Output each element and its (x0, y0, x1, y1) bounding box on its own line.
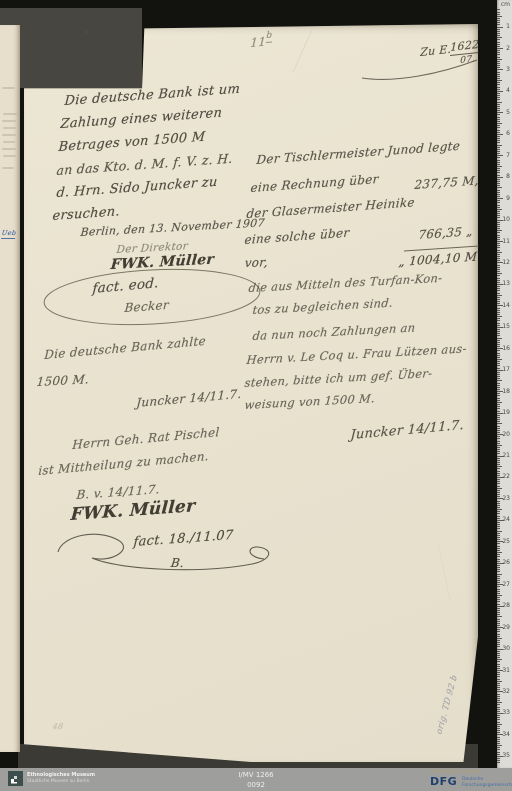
ruler-tick (497, 50, 500, 51)
ruler-tick (497, 80, 502, 81)
ruler-tick (497, 481, 500, 482)
ruler-tick (497, 687, 500, 688)
ruler-tick (497, 473, 500, 474)
ruler-tick (497, 175, 500, 176)
bleed-text-bar (2, 134, 16, 136)
handwritten-line: vor, (244, 255, 269, 270)
ruler-tick (497, 265, 500, 266)
ruler-number: 17 (502, 366, 510, 373)
ruler-tick (497, 325, 500, 326)
dfg-logo: DFG (430, 775, 457, 788)
ruler-tick (497, 157, 500, 158)
ruler-number: 14 (502, 302, 510, 309)
ruler-tick (497, 672, 500, 673)
handwritten-line: 07. (460, 54, 475, 66)
ruler-tick (497, 365, 500, 366)
ruler-tick (497, 724, 502, 725)
ruler-number: 30 (502, 645, 510, 652)
handwritten-line: 11 (250, 34, 267, 50)
ruler-tick (497, 44, 500, 45)
ruler-tick (497, 707, 500, 708)
ruler-tick (497, 419, 500, 420)
ruler-tick (497, 438, 500, 439)
ruler-tick (497, 198, 503, 199)
ruler-tick (497, 35, 500, 36)
ruler-tick (497, 595, 502, 596)
ruler-tick (497, 683, 500, 684)
ruler-tick (497, 619, 500, 620)
document-scan: Die deutsche Bank ist umZahlung eines we… (0, 0, 512, 791)
ruler-tick (497, 181, 500, 182)
ruler-tick (497, 741, 500, 742)
ruler-tick (497, 147, 500, 148)
bleed-text-bar (3, 113, 17, 115)
ruler-tick (497, 636, 500, 637)
ruler-tick (497, 31, 500, 32)
ruler-tick (497, 715, 500, 716)
ruler-tick (497, 576, 500, 577)
ruler-number: 25 (502, 538, 510, 545)
ruler-tick (497, 426, 500, 427)
ruler-tick (497, 743, 500, 744)
ruler-tick (497, 308, 500, 309)
ruler-tick (497, 110, 500, 111)
bleed-text-bar (3, 127, 16, 129)
ruler-tick (497, 582, 500, 583)
ruler-tick (497, 543, 500, 544)
bleed-text-bar (2, 148, 16, 150)
ruler-tick (497, 363, 500, 364)
ruler-tick (497, 205, 500, 206)
ruler-tick (497, 679, 500, 680)
ruler-tick (497, 408, 500, 409)
ruler-tick (497, 471, 500, 472)
ruler-tick (497, 537, 500, 538)
ruler-tick (497, 393, 500, 394)
ruler-tick (497, 668, 500, 669)
ruler-tick (497, 441, 500, 442)
ruler-tick (497, 739, 500, 740)
ruler-tick (497, 368, 500, 369)
ruler-tick (497, 483, 500, 484)
ruler-tick (497, 698, 500, 699)
ruler-tick (497, 676, 500, 677)
ruler-tick (497, 445, 502, 446)
ruler-tick (497, 252, 502, 253)
ruler-tick (497, 350, 500, 351)
ruler-tick (497, 546, 500, 547)
ruler-tick (497, 518, 500, 519)
ruler-tick (497, 599, 500, 600)
footer-bar: Ethnologisches Museum Staatliche Museen … (0, 768, 512, 791)
ruler-tick (497, 335, 500, 336)
ruler-tick (497, 97, 500, 98)
ruler-tick (497, 490, 500, 491)
ruler-tick (497, 694, 500, 695)
ruler-tick (497, 235, 500, 236)
ruler-tick (497, 136, 500, 137)
ruler-tick (497, 468, 500, 469)
ruler-tick (497, 642, 500, 643)
ruler-tick (497, 646, 500, 647)
ruler-number: 31 (502, 667, 510, 674)
ruler-tick (497, 556, 500, 557)
manuscript-page (24, 24, 478, 762)
ruler-tick (497, 207, 500, 208)
ruler-tick (497, 567, 500, 568)
ruler-tick (497, 125, 500, 126)
ruler-number: 13 (502, 280, 510, 287)
ruler-tick (497, 462, 500, 463)
ruler-tick (497, 303, 500, 304)
ruler-tick (497, 754, 500, 755)
ruler-tick (497, 57, 500, 58)
ruler-tick (497, 54, 500, 55)
bleed-text-bar (2, 120, 16, 122)
ruler-tick (497, 400, 500, 401)
ruler-number: 20 (502, 431, 510, 438)
handwritten-line: 1500 M. (36, 372, 90, 389)
ruler-tick (497, 711, 500, 712)
ruler-tick (497, 479, 500, 480)
ruler-tick (497, 578, 500, 579)
ruler-tick (497, 160, 500, 161)
ruler-tick (497, 91, 503, 92)
ruler-tick (497, 488, 502, 489)
ruler-tick (497, 76, 500, 77)
ruler-tick (497, 533, 500, 534)
ruler-tick (497, 616, 502, 617)
ruler-tick (497, 119, 500, 120)
ruler-tick (497, 659, 502, 660)
ruler-tick (497, 586, 500, 587)
ruler-tick (497, 451, 500, 452)
ruler-tick (497, 280, 500, 281)
ruler-tick (497, 423, 502, 424)
ruler-tick (497, 550, 500, 551)
ruler-tick (497, 717, 500, 718)
ruler-tick (497, 12, 500, 13)
ruler-tick (497, 466, 502, 467)
museum-subtitle: Staatliche Museen zu Berlin (27, 779, 90, 784)
ruler-tick (497, 344, 500, 345)
ruler-tick (497, 258, 500, 259)
ruler-tick (497, 247, 500, 248)
ruler-tick (497, 338, 502, 339)
ruler-number: 33 (502, 709, 510, 716)
ruler-tick (497, 565, 500, 566)
ruler-tick (497, 559, 500, 560)
ruler-tick (497, 114, 500, 115)
ruler-tick (497, 273, 502, 274)
ruler-tick (497, 631, 500, 632)
ruler-tick (497, 275, 500, 276)
scan-page-number: 0092 (156, 781, 356, 789)
ruler-tick (497, 108, 500, 109)
ruler-tick (497, 531, 502, 532)
ruler-tick (497, 16, 502, 17)
handwritten-line: 48 (52, 722, 64, 731)
ruler-tick (497, 166, 502, 167)
ruler-tick (497, 516, 500, 517)
ruler-tick (497, 406, 500, 407)
ruler-tick (497, 621, 500, 622)
ruler-tick (497, 331, 500, 332)
ruler-tick (497, 387, 500, 388)
ruler-tick (497, 505, 500, 506)
ruler-tick (497, 290, 500, 291)
ruler-tick (497, 95, 500, 96)
ruler-tick (497, 117, 500, 118)
ruler-tick (497, 194, 500, 195)
ruler-tick (497, 271, 500, 272)
museum-name: Ethnologisches Museum (27, 772, 95, 778)
bleed-text-bar (2, 87, 15, 89)
ruler-number: 5 (506, 109, 510, 116)
ruler-tick (497, 260, 500, 261)
ruler-tick (497, 640, 500, 641)
ruler-tick (497, 269, 500, 270)
ruler-tick (497, 232, 500, 233)
ruler-number: 24 (502, 516, 510, 523)
ruler-tick (497, 453, 500, 454)
ruler-tick (497, 29, 500, 30)
ruler-tick (497, 353, 500, 354)
ruler-tick (497, 666, 500, 667)
ruler-tick (497, 162, 500, 163)
ruler-tick (497, 213, 500, 214)
ruler-tick (497, 224, 500, 225)
ruler-tick (497, 376, 500, 377)
ruler-tick (497, 404, 500, 405)
ruler: cm 1234567891011121314151617181920212223… (497, 0, 512, 768)
ruler-tick (497, 202, 500, 203)
ruler-tick (497, 681, 502, 682)
bleed-text-bar (3, 141, 15, 143)
ruler-tick (497, 140, 500, 141)
ruler-tick (497, 359, 502, 360)
ruler-tick (497, 314, 500, 315)
ruler-tick (497, 243, 500, 244)
ruler-tick (497, 340, 500, 341)
ruler-tick (497, 72, 500, 73)
ruler-tick (497, 237, 500, 238)
ruler-tick (497, 61, 500, 62)
ruler-number: 23 (502, 495, 510, 502)
background-notch (0, 8, 142, 88)
ruler-tick (497, 494, 500, 495)
ruler-tick (497, 48, 503, 49)
handwritten-line: b (266, 30, 273, 43)
ruler-number: 34 (502, 731, 510, 738)
ruler-tick (497, 170, 500, 171)
ruler-tick (497, 411, 500, 412)
ruler-tick (497, 383, 500, 384)
ruler-tick (497, 78, 500, 79)
ruler-tick (497, 655, 500, 656)
ruler-tick (497, 415, 500, 416)
ruler-tick (497, 27, 503, 28)
ruler-tick (497, 106, 500, 107)
ruler-tick (497, 168, 500, 169)
ruler-tick (497, 89, 500, 90)
ruler-number: 32 (502, 688, 510, 695)
ruler-tick (497, 278, 500, 279)
ruler-tick (497, 610, 500, 611)
ruler-tick (497, 464, 500, 465)
ruler-number: 16 (502, 345, 510, 352)
archive-number: I/MV 1266 (156, 771, 356, 779)
ruler-tick (497, 552, 502, 553)
ruler-tick (497, 187, 502, 188)
ruler-tick (497, 112, 503, 113)
ruler-tick (497, 762, 500, 763)
ruler-tick (497, 104, 500, 105)
ruler-tick (497, 623, 500, 624)
ruler-number: 9 (506, 195, 510, 202)
ruler-tick (497, 395, 500, 396)
ruler-tick (497, 282, 500, 283)
ruler-tick (497, 215, 500, 216)
archive-id: I/MV 1266 0092 (156, 768, 356, 789)
ruler-tick (497, 318, 500, 319)
ruler-tick (497, 82, 500, 83)
ruler-tick (497, 758, 500, 759)
ruler-tick (497, 245, 500, 246)
ruler-tick (497, 737, 500, 738)
ruler-tick (497, 102, 502, 103)
ruler-tick (497, 52, 500, 53)
ruler-tick (497, 436, 500, 437)
ruler-tick (497, 661, 500, 662)
ruler-tick (497, 39, 500, 40)
ruler-number: 27 (502, 581, 510, 588)
ruler-tick (497, 574, 502, 575)
ruler-tick (497, 164, 500, 165)
ruler-tick (497, 378, 500, 379)
ruler-tick (497, 323, 500, 324)
ruler-tick (497, 443, 500, 444)
ruler-tick (497, 704, 500, 705)
ruler-tick (497, 33, 500, 34)
ruler-number: 4 (506, 87, 510, 94)
ruler-number: 35 (502, 752, 510, 759)
ruler-tick (497, 179, 500, 180)
ruler-tick (497, 226, 500, 227)
ruler-tick (497, 288, 500, 289)
museum-logo-glyph (8, 771, 23, 786)
ruler-tick (497, 696, 500, 697)
ruler-tick (497, 421, 500, 422)
ruler-tick (497, 432, 500, 433)
ruler-tick (497, 286, 500, 287)
ruler-number: 12 (502, 259, 510, 266)
ruler-tick (497, 700, 500, 701)
ruler-tick (497, 589, 500, 590)
ruler-number: 2 (506, 45, 510, 52)
ruler-tick (497, 507, 500, 508)
ruler-tick (497, 501, 500, 502)
ruler-tick (497, 674, 500, 675)
ruler-tick (497, 524, 500, 525)
ruler-tick (497, 569, 500, 570)
ruler-tick (497, 355, 500, 356)
ruler-tick (497, 84, 500, 85)
ruler-tick (497, 217, 500, 218)
ruler-tick (497, 749, 500, 750)
ruler-tick (497, 14, 500, 15)
ruler-tick (497, 492, 500, 493)
ruler-tick (497, 608, 500, 609)
ruler-tick (497, 123, 502, 124)
ruler-tick (497, 299, 500, 300)
ruler-tick (497, 320, 500, 321)
ruler-tick (497, 127, 500, 128)
ruler-tick (497, 69, 503, 70)
ruler-tick (497, 256, 500, 257)
underlying-page-edge (0, 25, 20, 752)
ruler-tick (497, 297, 500, 298)
ruler-tick (497, 689, 500, 690)
ruler-tick (497, 458, 500, 459)
handwritten-line: B. (170, 556, 185, 570)
ruler-tick (497, 612, 500, 613)
ruler-tick (497, 503, 500, 504)
museum-logo (8, 771, 23, 786)
ruler-number: 3 (506, 66, 510, 73)
ruler-tick (497, 389, 500, 390)
ruler-tick (497, 42, 500, 43)
ruler-tick (497, 653, 500, 654)
ruler-tick (497, 346, 500, 347)
ruler-number: 8 (506, 173, 510, 180)
ruler-tick (497, 357, 500, 358)
ruler-tick (497, 651, 500, 652)
ruler-tick (497, 709, 500, 710)
ruler-tick (497, 155, 503, 156)
ruler-tick (497, 18, 500, 19)
dfg-name-line2: Forschungsgemeinschaft (462, 783, 512, 788)
ruler-tick (497, 664, 500, 665)
ruler-tick (497, 528, 500, 529)
ruler-tick (497, 509, 502, 510)
ruler-tick (497, 190, 500, 191)
ruler-tick (497, 526, 500, 527)
ruler-tick (497, 46, 500, 47)
ruler-number: 19 (502, 409, 510, 416)
ruler-tick (497, 728, 500, 729)
ruler-tick (497, 398, 500, 399)
ruler-number: 22 (502, 473, 510, 480)
ruler-tick (497, 342, 500, 343)
ruler-tick (497, 402, 502, 403)
ruler-tick (497, 745, 502, 746)
ruler-tick (497, 267, 500, 268)
ruler-tick (497, 145, 502, 146)
ruler-unit-label: cm (501, 1, 510, 8)
ruler-number: 1 (506, 23, 510, 30)
ruler-number: 15 (502, 323, 510, 330)
ruler-tick (497, 522, 500, 523)
ruler-tick (497, 428, 500, 429)
ruler-tick (497, 65, 500, 66)
ruler-tick (497, 732, 500, 733)
ruler-tick (497, 153, 500, 154)
ruler-tick (497, 657, 500, 658)
handwritten-line: Ueb (1, 229, 17, 239)
ruler-tick (497, 614, 500, 615)
paper-crease (438, 545, 451, 604)
